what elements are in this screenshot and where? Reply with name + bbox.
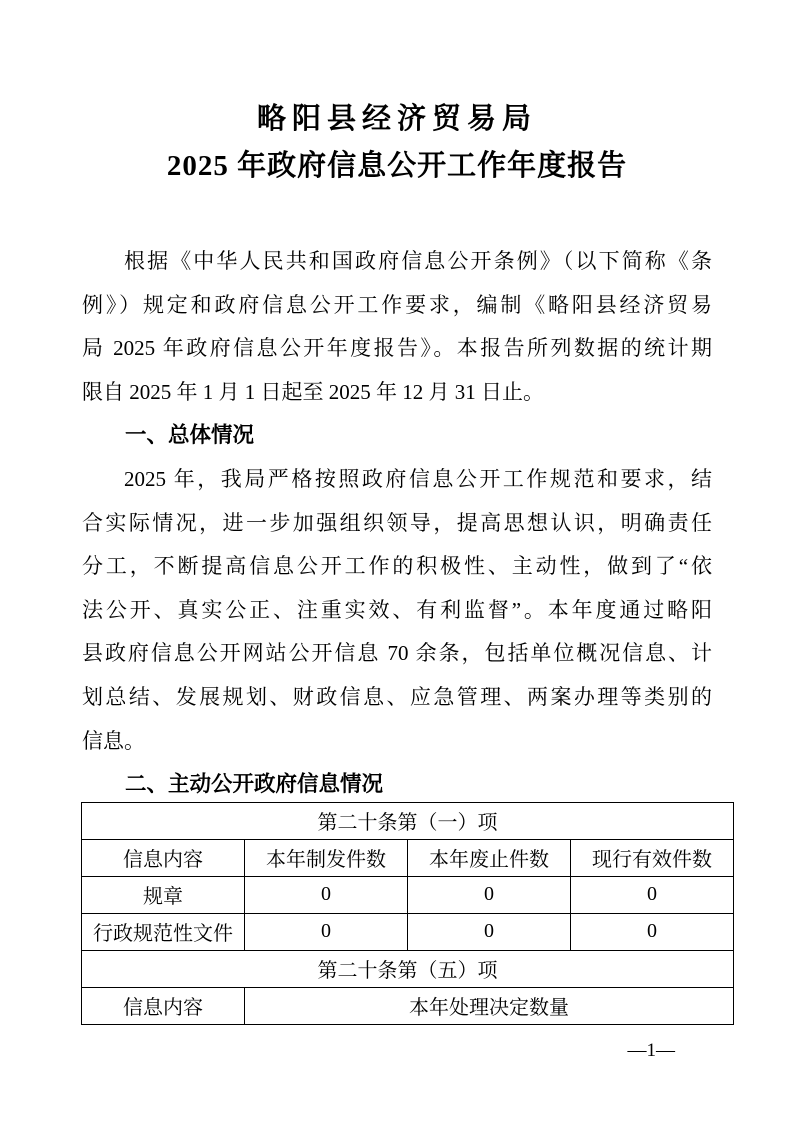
cell-value: 0: [408, 876, 571, 913]
paragraph-2-line-6: 划总结、发展规划、财政信息、应急管理、两案办理等类别的: [82, 676, 712, 720]
row-label-regulations: 规章: [82, 876, 245, 913]
section-heading-2: 二、主动公开政府信息情况: [82, 763, 712, 807]
table-row: 信息内容 本年制发件数 本年废止件数 现行有效件数: [82, 839, 734, 876]
table-section2-header: 第二十条第（五）项: [82, 950, 734, 987]
paragraph-2-line-1: 2025 年，我局严格按照政府信息公开工作规范和要求，结: [82, 458, 712, 502]
paragraph-2-line-5: 县政府信息公开网站公开信息 70 余条，包括单位概况信息、计: [82, 632, 712, 676]
document-title-line2: 2025 年政府信息公开工作年度报告: [82, 143, 712, 190]
row-label-info-content: 信息内容: [82, 987, 245, 1024]
column-header-issued: 本年制发件数: [245, 839, 408, 876]
disclosure-statistics-table: 第二十条第（一）项 信息内容 本年制发件数 本年废止件数 现行有效件数 规章 0…: [81, 802, 734, 1025]
document-title-line1: 略阳县经济贸易局: [82, 96, 712, 143]
cell-value: 0: [571, 876, 734, 913]
document-page: 略阳县经济贸易局 2025 年政府信息公开工作年度报告 根据《中华人民共和国政府…: [0, 0, 793, 1122]
cell-value: 0: [408, 913, 571, 950]
cell-value: 0: [245, 913, 408, 950]
paragraph-2-line-2: 合实际情况，进一步加强组织领导，提高思想认识，明确责任: [82, 502, 712, 546]
paragraph-2-line-7: 信息。: [82, 720, 712, 764]
table-section1-header: 第二十条第（一）项: [82, 802, 734, 839]
cell-value: 0: [245, 876, 408, 913]
table-row: 第二十条第（一）项: [82, 802, 734, 839]
table-row: 行政规范性文件 0 0 0: [82, 913, 734, 950]
row-label-normative-documents: 行政规范性文件: [82, 913, 245, 950]
paragraph-1-line-2: 例》）规定和政府信息公开工作要求，编制《略阳县经济贸易: [82, 284, 712, 328]
document-body: 根据《中华人民共和国政府信息公开条例》（以下简称《条 例》）规定和政府信息公开工…: [82, 240, 712, 807]
section-heading-1: 一、总体情况: [82, 414, 712, 458]
paragraph-1-line-3: 局 2025 年政府信息公开年度报告》。本报告所列数据的统计期: [82, 327, 712, 371]
paragraph-1-line-4: 限自 2025 年 1 月 1 日起至 2025 年 12 月 31 日止。: [82, 371, 712, 415]
column-header-info-content: 信息内容: [82, 839, 245, 876]
page-number: —1—: [628, 1040, 676, 1062]
paragraph-1-line-1: 根据《中华人民共和国政府信息公开条例》（以下简称《条: [82, 240, 712, 284]
table-row: 规章 0 0 0: [82, 876, 734, 913]
column-header-abolished: 本年废止件数: [408, 839, 571, 876]
cell-decisions-count: 本年处理决定数量: [245, 987, 734, 1024]
table-row: 第二十条第（五）项: [82, 950, 734, 987]
cell-value: 0: [571, 913, 734, 950]
paragraph-2-line-4: 法公开、真实公正、注重实效、有利监督”。本年度通过略阳: [82, 589, 712, 633]
paragraph-2-line-3: 分工，不断提高信息公开工作的积极性、主动性，做到了“依: [82, 545, 712, 589]
table-row: 信息内容 本年处理决定数量: [82, 987, 734, 1024]
column-header-effective: 现行有效件数: [571, 839, 734, 876]
